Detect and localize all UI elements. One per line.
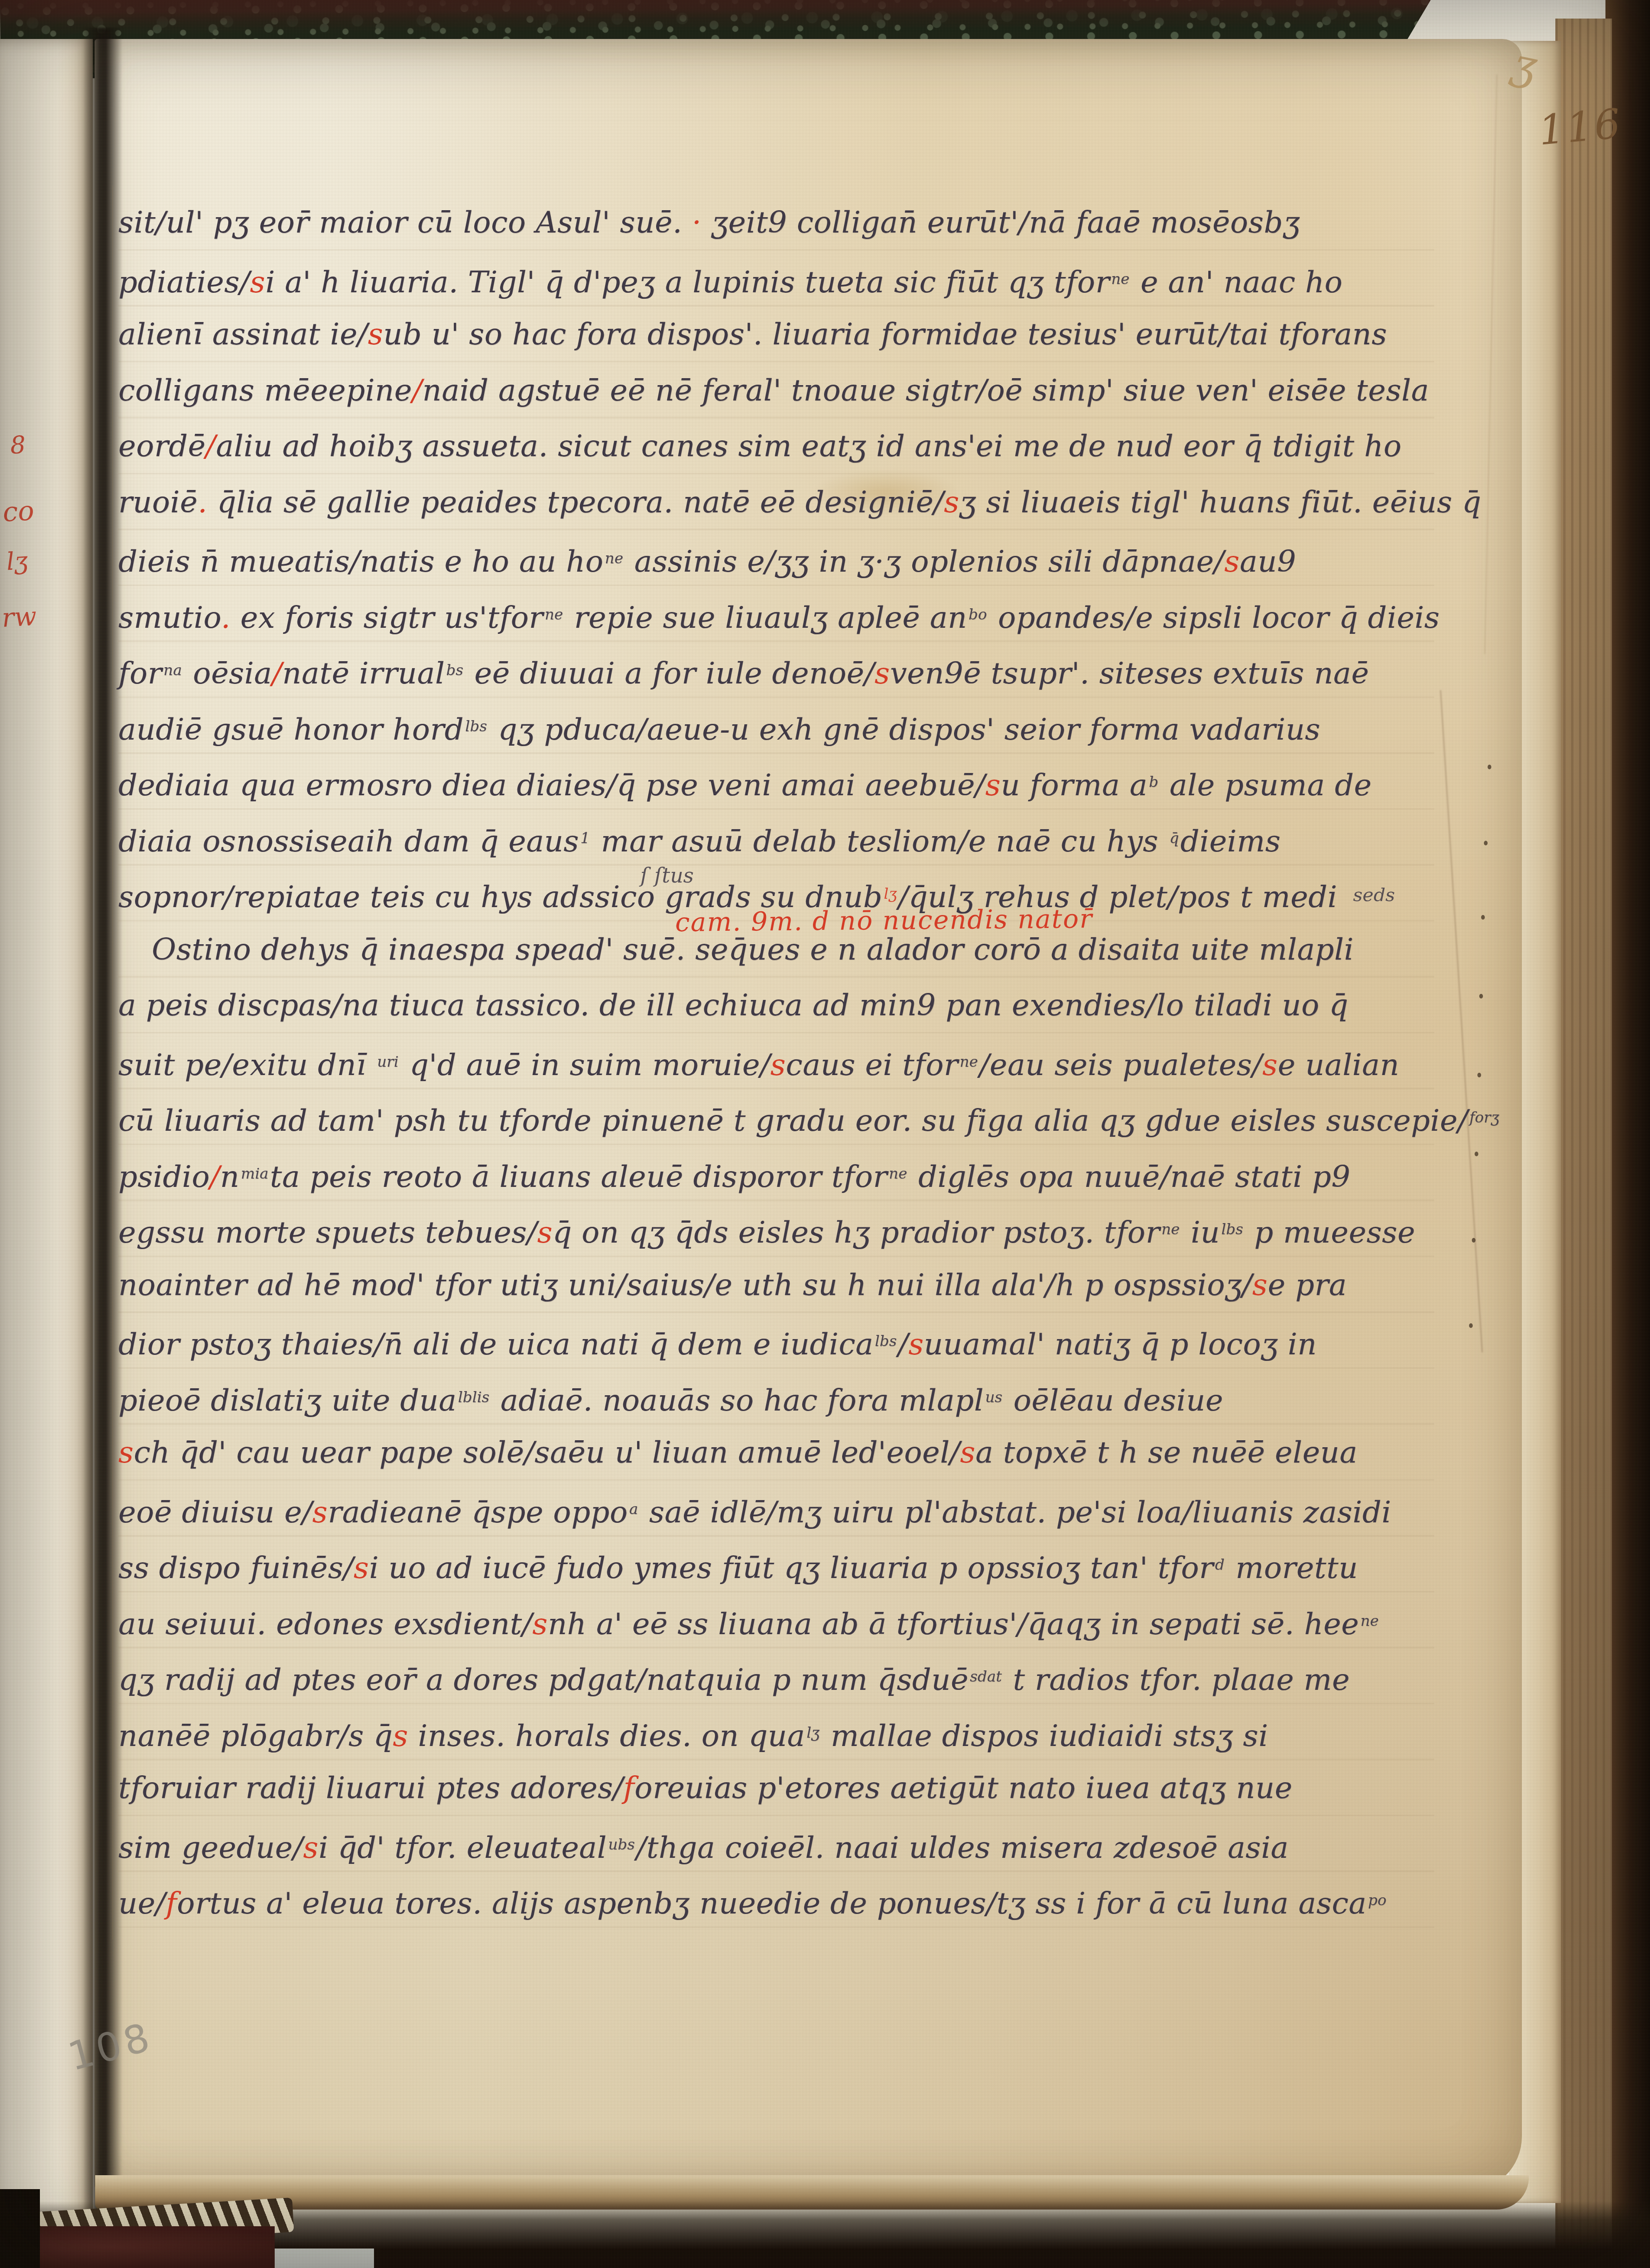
interlinear-run: lblis [458,1388,490,1406]
manuscript-line-16: suit pe/exitu dnī uri q'd auē in suim mo… [118,1034,1434,1090]
ink-run: a topxē t h se nuēē eleua [975,1436,1357,1470]
manuscript-line-10: audiē gsuē honor hordlbs qʒ pduca/aeue-u… [118,698,1434,754]
ink-run: e an' naac ho [1131,265,1342,299]
manuscript-line-27: qʒ radij ad ptes eor̄ a dores pdgat/natq… [118,1649,1434,1705]
ink-run: nanēē plōgabr/s q̄ [118,1719,393,1753]
ink-run: diaia osnossiseaih dam q̄ eaus [118,824,579,858]
ink-run: saē idlē/mʒ uiru pl'abstat. pe'si loa/li… [639,1495,1391,1529]
pricking-hole [1477,1073,1481,1077]
ink-run: eoē diuisu e/ [118,1495,312,1529]
ink-run: sim geedue/ [118,1830,303,1865]
ink-run: u forma a [1001,768,1147,803]
interlinear-run: bs [446,661,464,679]
manuscript-line-2: pdiaties/si a' h liuaria. Tigl' q̄ d'peʒ… [118,251,1434,307]
ink-run: au9 [1240,545,1296,579]
ink-run: qʒ radij ad ptes eor̄ a dores pdgat/natq… [118,1663,968,1697]
ink-run: aliu ad hoibʒ assueta. sicut canes sim e… [216,429,1401,464]
red-ink-run: s [532,1607,548,1641]
ink-run: repie sue liuaulʒ apleē an [564,600,967,635]
ink-run: q̄ on qʒ q̄ds eisles hʒ pradior pstoʒ. t… [553,1216,1160,1250]
red-ink-run: s [1252,1268,1268,1302]
ink-run: dediaia qua ermosro diea diaies/q̄ pse v… [118,768,986,803]
manuscript-line-25: ss dispo fuinēs/si uo ad iucē fudo ymes … [118,1537,1434,1593]
ink-run: e ualian [1278,1048,1399,1082]
ink-run: mar asuū delab tesliom/e naē cu hys [591,824,1168,858]
ink-run: Ostino dehys q̄ inaespa spead' suē. seq̄… [152,933,1354,967]
manuscript-line-18: psidio/nmiata peis reoto ā liuans aleuē … [118,1146,1434,1202]
ink-run: a peis discpas/na tiuca tassico. de ill … [118,988,1348,1023]
red-ink-run: f [166,1887,177,1921]
gutter-red-fragment: 8 [9,431,26,460]
ink-run: ss dispo fuinēs/ [118,1551,354,1585]
red-ink-run: s [354,1551,369,1585]
ink-run: natē irrual [282,657,445,691]
margin-ruling-line [112,186,113,1939]
manuscript-line-31: ue/fortus a' eleua tores. alijs aspenbʒ … [118,1872,1434,1928]
interlinear-run: ne [605,549,624,567]
red-ink-run: s [960,1436,975,1470]
manuscript-photo: 8 co lʒ rw sit/ul' pʒ eor̄ maior cū loco… [0,0,1650,2268]
manuscript-line-1: sit/ul' pʒ eor̄ maior cū loco Asul' suē.… [118,195,1434,251]
red-ink-run: . [221,600,231,635]
red-ink-run: s [986,768,1001,803]
bottom-left-leather [0,2226,275,2268]
ink-run: t radios tfor. plaae me [1003,1663,1350,1697]
manuscript-line-23: sch q̄d' cau uear pape solē/saēu u' liua… [118,1425,1434,1481]
manuscript-line-3: alienī assinat ie/sub u' so hac fora dis… [118,307,1434,363]
red-ink-run: / [210,1160,220,1194]
interlinear-run: lbs [875,1332,896,1350]
ink-run: cū liuaris ad tam' psh tu tforde pinuenē… [118,1104,1468,1138]
red-ink-run: s [1262,1048,1277,1082]
ink-run: for [118,657,162,691]
pricking-hole [1475,1152,1478,1156]
ink-run: noainter ad hē mod' tfor utiʒ uni/saius/… [118,1268,1252,1302]
ink-run: radieanē q̄spe oppo [328,1495,628,1529]
interlinear-run: ne [1360,1612,1379,1630]
pricking-hole [1472,1238,1476,1243]
ink-run: dieims [1180,824,1281,858]
interlinear-run: uri [377,1053,399,1070]
ink-run: ʒ si liuaeis tigl' huans fiūt. eēius q̄ [959,485,1481,520]
red-ink-run: s [368,317,383,352]
manuscript-line-21: dior pstoʒ thaies/n̄ ali de uica nati q̄… [118,1313,1434,1369]
red-ink-run: s [909,1327,924,1362]
red-ink-run: s [1224,545,1239,579]
manuscript-line-8: smutio. ex foris sigtr us'tforne repie s… [118,586,1434,643]
ink-run: caus ei tfor [786,1048,959,1082]
manuscript-line-26: au seiuui. edones exsdient/snh a' eē ss … [118,1593,1434,1649]
ink-run: iu [1181,1216,1220,1250]
gutter-shadow [83,28,122,2268]
ink-run: ta peis reoto ā liuans aleuē disporor tf… [270,1160,888,1194]
ink-run: n [220,1160,239,1194]
interlinear-run: ubs [608,1836,635,1853]
folio-number: 116 [1537,99,1624,154]
red-ink-run: · [682,206,711,240]
red-ink-run: s [118,1436,134,1470]
ink-run: alienī assinat ie/ [118,317,368,352]
gutter-red-fragment: co [2,495,35,528]
right-cover [1605,0,1650,2268]
interlinear-run: mia [241,1165,269,1182]
ink-run: /thga coieēl. naai uldes misera zdesoē a… [636,1830,1289,1865]
ink-run: ub u' so hac fora dispos'. liuaria formi… [383,317,1387,352]
ink-run: p mueesse [1244,1216,1415,1250]
ink-run: inses. horals dies. on qua [408,1719,805,1753]
ink-run: ue/ [118,1887,166,1921]
interlinear-run: ne [545,606,563,623]
interlinear-run: d [1215,1556,1224,1573]
interlinear-run: ne [889,1165,908,1182]
ink-run: eē diuuai a for iule denoē/ [465,657,875,691]
ink-run: ex foris sigtr us'tfor [231,600,543,635]
ink-run: pieoē dislatiʒ uite dua [118,1383,457,1417]
ink-run: dior pstoʒ thaies/n̄ ali de uica nati q̄… [118,1327,873,1362]
manuscript-line-28: nanēē plōgabr/s q̄s inses. horals dies. … [118,1705,1434,1761]
manuscript-line-17: cū liuaris ad tam' psh tu tforde pinuenē… [118,1089,1434,1146]
interlinear-run: a [629,1500,638,1518]
manuscript-line-11: dediaia qua ermosro diea diaies/q̄ pse v… [118,754,1434,810]
ink-run: pdiaties/ [118,265,250,299]
ink-run: / [898,1327,909,1362]
ink-run: egssu morte spuets tebues/ [118,1216,537,1250]
ink-run: ale psuma de [1160,768,1372,803]
ink-run: e pra [1268,1268,1347,1302]
ink-run: sit/ul' pʒ eor̄ maior cū loco Asul' suē. [118,206,682,240]
manuscript-line-6: ruoiē. q̄lia sē gallie peaides tpecora. … [118,475,1434,531]
ink-run: ortus a' eleua tores. alijs aspenbʒ nuee… [177,1887,1366,1921]
manuscript-line-9: forna oēsia/natē irrualbs eē diuuai a fo… [118,642,1434,698]
ink-run: nh a' eē ss liuana ab ā tfortius'/q̄aqʒ … [548,1607,1359,1641]
interlinear-run: us [985,1388,1002,1406]
ink-run: opandes/e sipsli locor q̄ dieis [988,600,1440,635]
manuscript-line-19: egssu morte spuets tebues/sq̄ on qʒ q̄ds… [118,1201,1434,1257]
ink-run: eordē [118,429,206,464]
bottom-left-dark-corner [0,2189,40,2268]
interlinear-run: lbs [465,717,487,735]
ink-run: naid agstuē eē nē feral' tnoaue sigtr/oē… [422,374,1429,408]
ink-run: i q̄d' tfor. eleuateal [319,1830,607,1865]
ink-run: morettu [1226,1551,1358,1585]
red-ink-run: . [198,485,207,520]
ink-run: diglēs opa nuuē/naē stati p9 [909,1160,1350,1194]
interlinear-run: ne [1161,1220,1180,1238]
ink-run: audiē gsuē honor hord [118,712,464,747]
interlinear-run: sdat [970,1668,1002,1685]
red-ink-run: s [303,1830,318,1865]
red-ink-run: s [944,485,959,520]
interlinear-run: bo [968,606,987,623]
manuscript-line-5: eordē/aliu ad hoibʒ assueta. sicut canes… [118,419,1434,475]
red-ink-run: s [770,1048,786,1082]
ink-run: uuamal' natiʒ q̄ p locoʒ in [924,1327,1317,1362]
ink-run: i uo ad iucē fudo ymes fiūt qʒ liuaria p… [369,1551,1213,1585]
ink-run: tforuiar radij liuarui ptes adores/ [118,1771,623,1805]
ink-run: /eau seis pualetes/ [980,1048,1263,1082]
red-ink-run: s [537,1216,553,1250]
ink-run: oēsia [183,657,272,691]
red-ink-run: / [412,374,422,408]
interlinear-note-right: seds [1353,884,1395,906]
ink-run: ch q̄d' cau uear pape solē/saēu u' liuan… [134,1436,960,1470]
interlinear-run: b [1149,773,1158,791]
bottom-gray-strip [275,2249,374,2268]
text-block: sit/ul' pʒ eor̄ maior cū loco Asul' suē.… [118,195,1434,1928]
red-ink-run: s [250,265,265,299]
interlinear-run: lbs [1221,1220,1243,1238]
ink-run: oreuias p'etores aetigūt nato iuea atqʒ … [635,1771,1293,1805]
red-ink-run: s [875,657,890,691]
interlinear-note-left: ſ ſtus [640,864,694,888]
red-rubric: cam. 9m. d nō nucendis nator̄ [675,904,1093,938]
interlinear-run: q̄ [1169,829,1179,847]
interlinear-run: lʒ [806,1724,819,1741]
ink-run: colligans mēeepine [118,374,412,408]
interlinear-run: forʒ [1470,1108,1499,1126]
ink-run: ʒeit9 colligan̄ eurūt'/nā faaē mosēosbʒ [711,206,1300,240]
red-ink-run: s [312,1495,328,1529]
ink-run: au seiuui. edones exsdient/ [118,1607,532,1641]
ink-run: q'd auē in suim moruie/ [400,1048,770,1082]
ink-run: ruoiē [118,485,198,520]
ink-run: i a' h liuaria. Tigl' q̄ d'peʒ a lupinis… [265,265,1110,299]
interlinear-run: ne [1111,270,1130,288]
ink-run: q̄lia sē gallie peaides tpecora. natē eē… [207,485,944,520]
ink-run: smutio [118,600,221,635]
manuscript-line-22: pieoē dislatiʒ uite dualblis adiaē. noau… [118,1369,1434,1425]
manuscript-line-7: dieis n̄ mueatis/natis e ho au hone assi… [118,530,1434,586]
ink-run: ven9ē tsupr'. siteses extuīs naē [890,657,1369,691]
ink-run: oēlēau desiue [1004,1383,1223,1417]
pricking-hole [1484,841,1488,845]
manuscript-line-15: a peis discpas/na tiuca tassico. de ill … [118,978,1434,1034]
pricking-hole [1488,765,1491,769]
interlinear-run: ne [960,1053,978,1070]
manuscript-line-29: tforuiar radij liuarui ptes adores/foreu… [118,1760,1434,1817]
pricking-hole [1481,915,1485,920]
manuscript-line-20: noainter ad hē mod' tfor utiʒ uni/saius/… [118,1257,1434,1314]
ink-run: suit pe/exitu dnī [118,1048,376,1082]
facing-page-edge [0,39,93,2268]
red-ink-run: f [623,1771,634,1805]
ink-run: qʒ pduca/aeue-u exh gnē dispos' seior fo… [489,712,1321,747]
ink-run: assinis e/ʒʒ in ʒ·ʒ oplenios sili dāpnae… [625,545,1224,579]
red-ink-run: / [272,657,282,691]
interlinear-run: po [1368,1891,1386,1909]
fore-edge-page-stack [1555,19,1612,2268]
manuscript-line-24: eoē diuisu e/sradieanē q̄spe oppoa saē i… [118,1481,1434,1537]
ink-run: dieis n̄ mueatis/natis e ho au ho [118,545,604,579]
red-ink-run: / [206,429,216,464]
manuscript-line-30: sim geedue/si q̄d' tfor. eleuatealubs/th… [118,1817,1434,1873]
interlinear-run: na [163,661,182,679]
red-ink-run: s [393,1719,408,1753]
ink-run: adiaē. noauās so hac fora mlapl [491,1383,984,1417]
interlinear-run: 1 [580,829,590,847]
manuscript-line-4: colligans mēeepine/naid agstuē eē nē fer… [118,363,1434,419]
red-ink-run: lʒ [884,885,897,902]
gutter-red-fragment: rw [1,601,37,633]
gutter-red-fragment: lʒ [6,547,28,576]
ink-run: psidio [118,1160,210,1194]
pricking-hole [1479,994,1483,999]
ink-run: mallae dispos iudiaidi stsʒ si [821,1719,1268,1753]
pricking-hole [1469,1323,1473,1328]
manuscript-line-12: diaia osnossiseaih dam q̄ eaus1 mar asuū… [118,810,1434,866]
